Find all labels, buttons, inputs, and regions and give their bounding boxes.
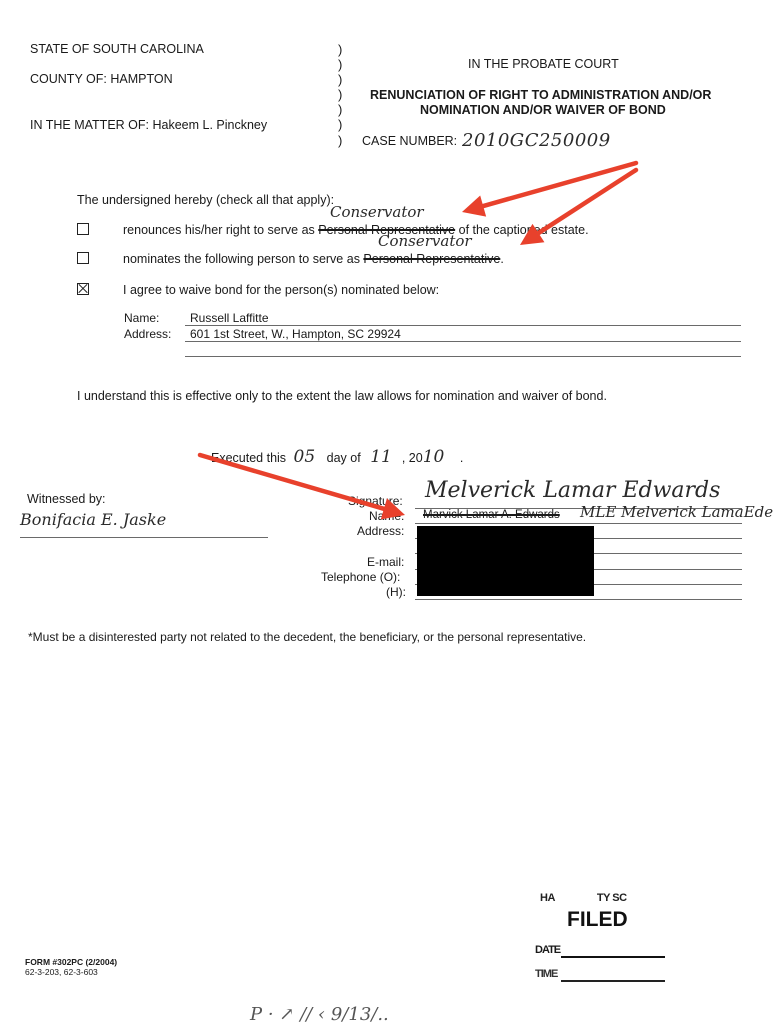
annotation-arrows bbox=[0, 0, 782, 1024]
